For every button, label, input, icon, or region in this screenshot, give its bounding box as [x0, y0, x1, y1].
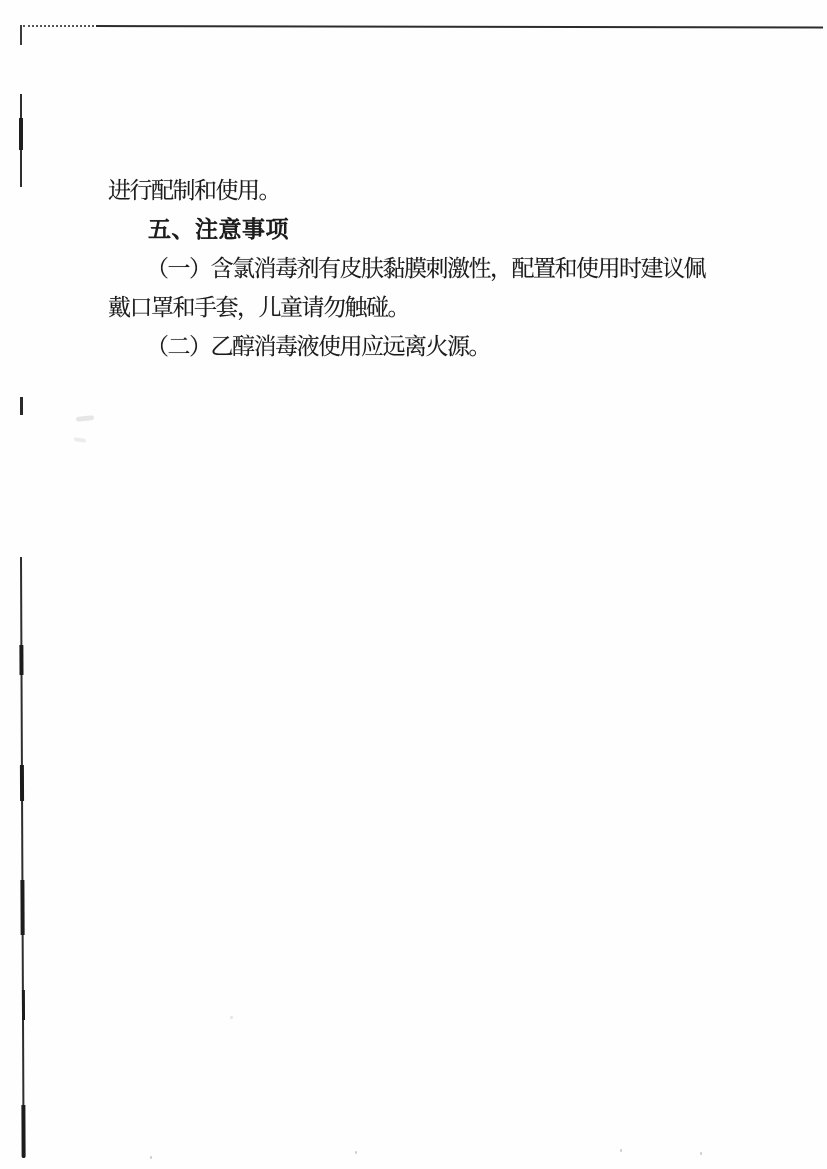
scan-artifact-top-line	[96, 25, 823, 29]
scan-artifact-left-tick-middle	[20, 397, 23, 415]
scan-artifact-smudge	[76, 415, 94, 422]
scanned-document-page: 进行配制和使用。 五、注意事项 （一）含氯消毒剂有皮肤黏膜刺激性，配置和使用时建…	[0, 0, 827, 1169]
scan-artifact-left-line-long	[20, 557, 25, 1158]
note-item-2: （二）乙醇消毒液使用应远离火源。	[146, 328, 490, 361]
scan-artifact-thick-segment	[19, 645, 23, 675]
scan-noise-dot	[620, 1149, 622, 1152]
note-item-1-line-2: 戴口罩和手套，儿童请勿触碰。	[108, 289, 409, 322]
scan-artifact-smudge	[74, 437, 86, 443]
scan-artifact-thick-segment	[19, 118, 23, 150]
section-heading: 五、注意事项	[148, 211, 289, 244]
scan-noise-dot	[700, 1152, 702, 1155]
paragraph-continuation-line: 进行配制和使用。	[108, 172, 280, 205]
scan-artifact-thick-segment	[21, 1105, 25, 1158]
note-item-1-line-1: （一）含氯消毒剂有皮肤黏膜刺激性，配置和使用时建议佩	[146, 250, 705, 283]
scan-noise-dot	[230, 1016, 233, 1019]
scan-noise-dot	[355, 1151, 357, 1154]
scan-noise-dot	[150, 1156, 152, 1159]
scan-artifact-top-left-tick	[20, 25, 22, 45]
scan-artifact-top-dotted-line	[23, 25, 98, 27]
scan-artifact-thick-segment	[20, 765, 24, 801]
scan-artifact-thick-segment	[22, 990, 25, 1020]
scan-artifact-thick-segment	[20, 880, 24, 935]
scan-artifact-left-line-upper	[20, 94, 22, 187]
